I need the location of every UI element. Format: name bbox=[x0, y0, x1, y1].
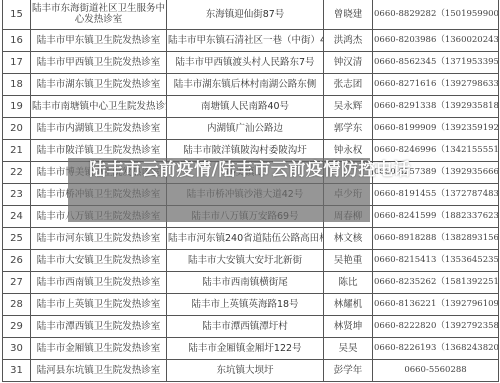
contact-person: 林贤坤 bbox=[324, 316, 373, 338]
table-row: 31陆河县东坑镇卫生院发热诊室东坑镇大坝圩彭学年0660-5560288 bbox=[3, 360, 499, 382]
row-number: 19 bbox=[3, 96, 31, 118]
table-row: 26陆丰市大安镇卫生院发热诊室陆丰市大安镇大安圩北新街吴艳重0660-82154… bbox=[3, 250, 499, 272]
row-number: 30 bbox=[3, 338, 31, 360]
contact-phone: 0660-8235262（15813922518） bbox=[373, 272, 499, 294]
contact-phone: 0660-8271616（13927986332） bbox=[373, 74, 499, 96]
table-row: 29陆丰市潭西镇卫生院发热诊室陆丰市潭西镇潭圩村林贤坤0660-8222820（… bbox=[3, 316, 499, 338]
row-number: 24 bbox=[3, 206, 31, 228]
contact-person: 曾晓建 bbox=[324, 0, 373, 30]
clinic-name: 陆丰市南塘镇中心卫生院发热诊室 bbox=[31, 96, 167, 118]
clinic-name: 陆丰市大安镇卫生院发热诊室 bbox=[31, 250, 167, 272]
table-row: 27陆丰市西南镇卫生院发热诊室陆丰市西南镇横街尾陈比0660-8235262（1… bbox=[3, 272, 499, 294]
contact-phone: 0660-8829282（15019599002） bbox=[373, 0, 499, 30]
table-row: 20陆丰市内湖镇卫生院发热诊室内湖镇广汕公路边郭学东0660-8199909（1… bbox=[3, 118, 499, 140]
contact-phone: 0660-8203986（13600202432） bbox=[373, 30, 499, 52]
table-row: 15陆丰市东海街道社区卫生服务中心发热诊室东海镇迎仙街87号曾晓建0660-88… bbox=[3, 0, 499, 30]
contact-person: 洪鸿杰 bbox=[324, 30, 373, 52]
clinic-address: 东海镇迎仙街87号 bbox=[167, 0, 324, 30]
contact-phone: 0660-8291338（13929358189） bbox=[373, 96, 499, 118]
contact-person: 吴艳重 bbox=[324, 250, 373, 272]
table-row: 25陆丰市河东镇卫生院发热诊室陆丰市河东镇240省道陆伍公路高田村林文核0660… bbox=[3, 228, 499, 250]
row-number: 26 bbox=[3, 250, 31, 272]
contact-person: 郭学东 bbox=[324, 118, 373, 140]
clinic-name: 陆丰市潭西镇卫生院发热诊室 bbox=[31, 316, 167, 338]
clinic-address: 陆丰市大安镇大安圩北新街 bbox=[167, 250, 324, 272]
clinic-address: 陆丰市金厢镇金厢圩122号 bbox=[167, 338, 324, 360]
clinic-address: 东坑镇大坝圩 bbox=[167, 360, 324, 382]
table-row: 18陆丰市湖东镇卫生院发热诊室陆丰市湖东镇后林村南湖公路东侧张志团0660-82… bbox=[3, 74, 499, 96]
clinic-name: 陆河县东坑镇卫生院发热诊室 bbox=[31, 360, 167, 382]
row-number: 18 bbox=[3, 74, 31, 96]
row-number: 28 bbox=[3, 294, 31, 316]
contact-person: 林耀机 bbox=[324, 294, 373, 316]
clinic-name: 陆丰市湖东镇卫生院发热诊室 bbox=[31, 74, 167, 96]
table-row: 19陆丰市南塘镇中心卫生院发热诊室南塘镇人民南路40号吴永辉0660-82913… bbox=[3, 96, 499, 118]
contact-person: 张志团 bbox=[324, 74, 373, 96]
row-number: 16 bbox=[3, 30, 31, 52]
clinic-name: 陆丰市金厢镇卫生院发热诊室 bbox=[31, 338, 167, 360]
clinic-name: 陆丰市甲西镇卫生院发热诊室 bbox=[31, 52, 167, 74]
clinic-address: 南塘镇人民南路40号 bbox=[167, 96, 324, 118]
row-number: 22 bbox=[3, 162, 31, 184]
clinic-name: 陆丰市东海街道社区卫生服务中心发热诊室 bbox=[31, 0, 167, 30]
contact-phone: 0660-8918288（13828931566） bbox=[373, 228, 499, 250]
clinic-name: 陆丰市甲东镇卫生院发热诊室 bbox=[31, 30, 167, 52]
row-number: 21 bbox=[3, 140, 31, 162]
clinic-name: 陆丰市河东镇卫生院发热诊室 bbox=[31, 228, 167, 250]
clinic-address: 陆丰市河东镇240省道陆伍公路高田村 bbox=[167, 228, 324, 250]
row-number: 31 bbox=[3, 360, 31, 382]
contact-phone: 0660-8191455（13727874836） bbox=[373, 184, 499, 206]
contact-phone: 0660-5560288 bbox=[373, 360, 499, 382]
table-row: 28陆丰市上英镇卫生院发热诊室陆丰市上英镇英海路18号林耀机0660-81362… bbox=[3, 294, 499, 316]
clinic-address: 陆丰市甲西镇渡头村人民路东7号 bbox=[167, 52, 324, 74]
contact-phone: 0660-8246996（13421555518） bbox=[373, 140, 499, 162]
contact-person: 陈比 bbox=[324, 272, 373, 294]
table-row: 30陆丰市金厢镇卫生院发热诊室陆丰市金厢镇金厢圩122号吴昊0660-82261… bbox=[3, 338, 499, 360]
contact-person: 彭学年 bbox=[324, 360, 373, 382]
row-number: 29 bbox=[3, 316, 31, 338]
clinic-address: 陆丰市湖东镇后林村南湖公路东侧 bbox=[167, 74, 324, 96]
table-row: 17陆丰市甲西镇卫生院发热诊室陆丰市甲西镇渡头村人民路东7号钟汉清0660-85… bbox=[3, 52, 499, 74]
contact-phone: 0660-8199909（13923591923） bbox=[373, 118, 499, 140]
clinic-address: 陆丰市西南镇横街尾 bbox=[167, 272, 324, 294]
row-number: 20 bbox=[3, 118, 31, 140]
clinic-address: 陆丰市甲东镇石清社区一巷（中街）4号 bbox=[167, 30, 324, 52]
row-number: 25 bbox=[3, 228, 31, 250]
row-number: 15 bbox=[3, 0, 31, 30]
contact-phone: 0660-8222820（13927923586） bbox=[373, 316, 499, 338]
contact-person: 吴昊 bbox=[324, 338, 373, 360]
contact-person: 吴永辉 bbox=[324, 96, 373, 118]
clinic-address: 内湖镇广汕公路边 bbox=[167, 118, 324, 140]
clinic-address: 陆丰市潭西镇潭圩村 bbox=[167, 316, 324, 338]
clinic-name: 陆丰市西南镇卫生院发热诊室 bbox=[31, 272, 167, 294]
clinic-name: 陆丰市上英镇卫生院发热诊室 bbox=[31, 294, 167, 316]
row-number: 27 bbox=[3, 272, 31, 294]
contact-phone: 0660-8241599（18823376236） bbox=[373, 206, 499, 228]
contact-phone: 0660-8562345（13719533952） bbox=[373, 52, 499, 74]
clinic-name: 陆丰市内湖镇卫生院发热诊室 bbox=[31, 118, 167, 140]
row-number: 17 bbox=[3, 52, 31, 74]
row-number: 23 bbox=[3, 184, 31, 206]
contact-phone: 0660-8215413（13536452352） bbox=[373, 250, 499, 272]
contact-person: 林文核 bbox=[324, 228, 373, 250]
contact-phone: 0660-8136221（13927961090） bbox=[373, 294, 499, 316]
contact-person: 钟汉清 bbox=[324, 52, 373, 74]
table-row: 16陆丰市甲东镇卫生院发热诊室陆丰市甲东镇石清社区一巷（中街）4号洪鸿杰0660… bbox=[3, 30, 499, 52]
clinic-address: 陆丰市上英镇英海路18号 bbox=[167, 294, 324, 316]
overlay-title: 陆丰市云前疫情/陆丰市云前疫情防控电话 bbox=[70, 160, 430, 180]
contact-phone: 0660-8226193（13682438201） bbox=[373, 338, 499, 360]
